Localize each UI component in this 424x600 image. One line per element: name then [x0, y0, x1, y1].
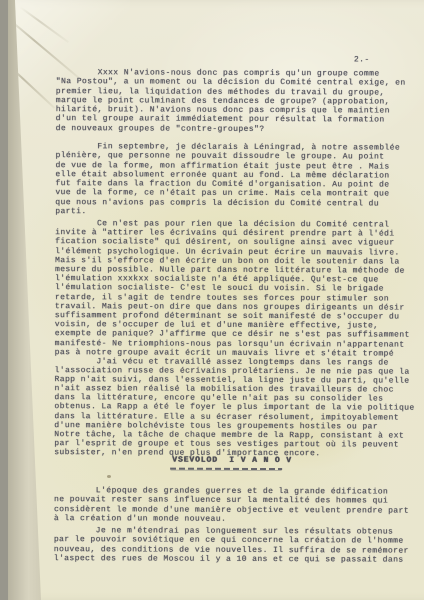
author-signature: VSEVOLOD I V A N O V — [172, 456, 292, 466]
typed-paragraph: Fin septembre, je déclarais à Léningrad,… — [55, 142, 424, 218]
typed-paragraph: J'ai vécu et travaillé assez longtemps d… — [54, 357, 424, 459]
document-page: 2.- Xxxx N'avions-nous donc pas compris … — [0, 0, 424, 600]
page-number: 2.- — [354, 55, 370, 64]
typed-paragraph: Xxxx N'avions-nous donc pas compris qu'u… — [56, 68, 424, 135]
typed-paragraph: Ce n'est pas pour rien que la décision d… — [55, 219, 424, 359]
typed-paragraph: Je ne m'étendrai pas longuement sur les … — [54, 526, 424, 565]
signature-underline — [170, 468, 282, 470]
typewritten-text-layer: 2.- Xxxx N'avions-nous donc pas compris … — [0, 0, 424, 600]
typed-paragraph: L'époque des grandes guerres et de la gr… — [54, 486, 424, 525]
scanned-document-photo: { "document": { "page_number": "2.-", "p… — [0, 0, 424, 600]
